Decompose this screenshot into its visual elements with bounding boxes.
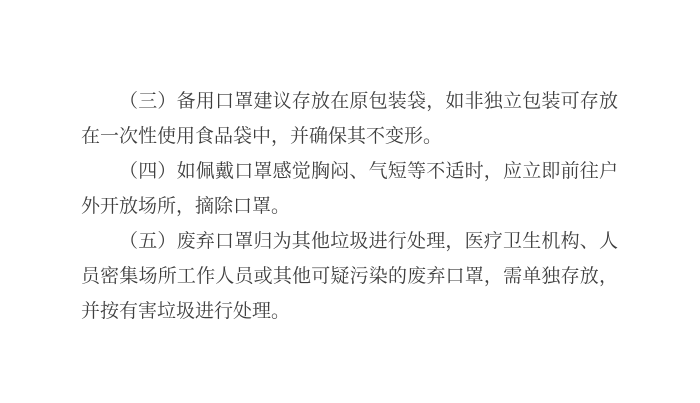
paragraph-line: （五）废弃口罩归为其他垃圾进行处理，医疗卫生机构、人 [81,224,618,259]
document-text-block: （三）备用口罩建议存放在原包装袋，如非独立包装可存放 在一次性使用食品袋中，并确… [81,84,618,329]
paragraph-line: 并按有害垃圾进行处理。 [81,294,618,329]
paragraph-line: 在一次性使用食品袋中，并确保其不变形。 [81,119,618,154]
paragraph-item-5: （五）废弃口罩归为其他垃圾进行处理，医疗卫生机构、人 员密集场所工作人员或其他可… [81,224,618,329]
paragraph-line: （三）备用口罩建议存放在原包装袋，如非独立包装可存放 [81,84,618,119]
paragraph-line: （四）如佩戴口罩感觉胸闷、气短等不适时，应立即前往户 [81,154,618,189]
paragraph-item-3: （三）备用口罩建议存放在原包装袋，如非独立包装可存放 在一次性使用食品袋中，并确… [81,84,618,154]
paragraph-item-4: （四）如佩戴口罩感觉胸闷、气短等不适时，应立即前往户 外开放场所，摘除口罩。 [81,154,618,224]
paragraph-line: 外开放场所，摘除口罩。 [81,189,618,224]
document-page: （三）备用口罩建议存放在原包装袋，如非独立包装可存放 在一次性使用食品袋中，并确… [0,0,700,403]
paragraph-line: 员密集场所工作人员或其他可疑污染的废弃口罩，需单独存放， [81,259,618,294]
